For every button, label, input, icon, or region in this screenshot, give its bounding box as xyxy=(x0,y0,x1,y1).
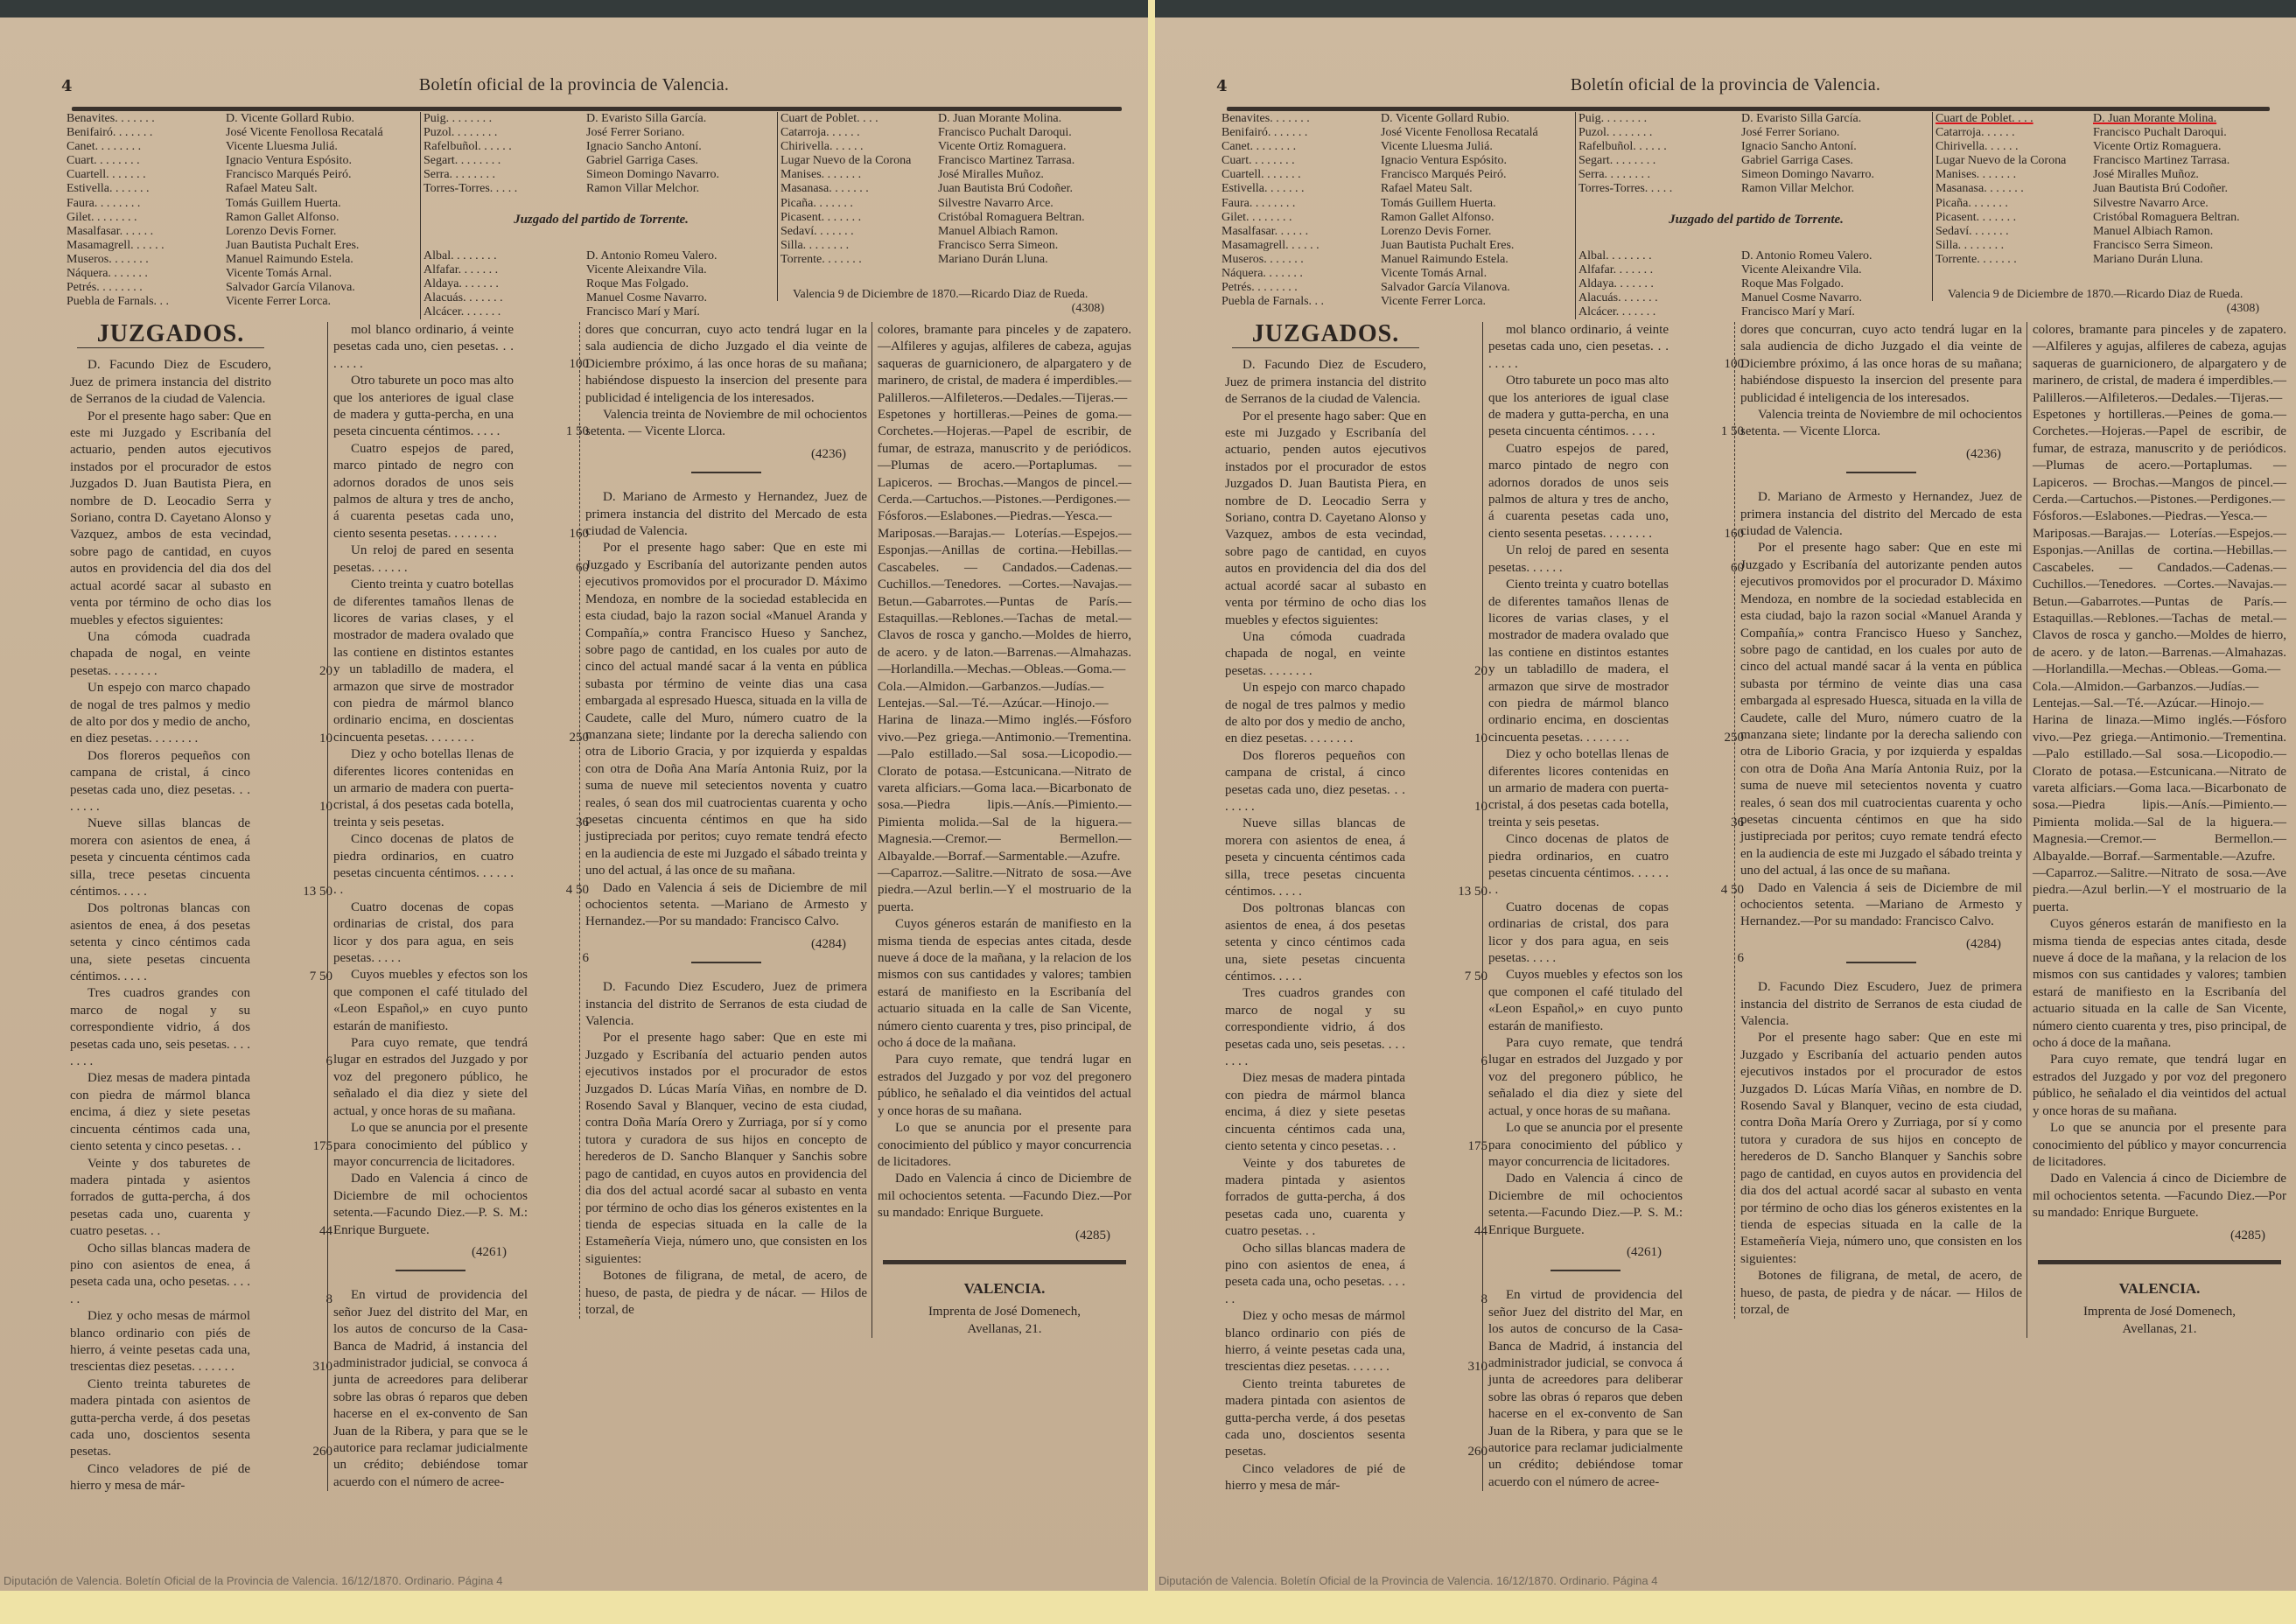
item-description: Ocho sillas blancas madera de pino con a… xyxy=(1225,1241,1405,1309)
item-description: Un reloj de pared en sesenta pesetas. . … xyxy=(333,542,514,577)
item-description: Ciento treinta y cuatro botellas de dife… xyxy=(1488,577,1669,746)
item-price: 10 xyxy=(280,799,332,815)
directory-place: Torrente. . . . . . . xyxy=(780,253,938,267)
item-price: 175 xyxy=(1435,1138,1487,1155)
directory-column-3: Cuart de Poblet. . . .D. Juan Morante Mo… xyxy=(1932,112,2268,301)
directory-name: Silvestre Navarro Arce. xyxy=(938,197,1113,211)
directory-place: Torrente. . . . . . . xyxy=(1935,253,2093,267)
directory-row: Torrente. . . . . . .Mariano Durán Lluna… xyxy=(1935,253,2268,267)
directory-row: Albal. . . . . . . .D. Antonio Romeu Val… xyxy=(1578,249,1934,263)
notice-body: Por el presente hago saber: Que en este … xyxy=(70,409,271,629)
item-description: Un espejo con marco chapado de nogal de … xyxy=(70,680,250,748)
directory-name: Simeon Domingo Navarro. xyxy=(1741,168,1934,182)
directory-name: Manuel Raimundo Estela. xyxy=(1381,253,1573,267)
inventory-item: Cuatro espejos de pared, marco pintado d… xyxy=(333,441,528,542)
directory-row: Chirivella. . . . . .Vicente Ortiz Romag… xyxy=(780,140,1113,154)
notice-paragraph: Para cuyo remate, que tendrá lugar en es… xyxy=(333,1035,528,1120)
directory-name: Francisco Puchalt Daroqui. xyxy=(938,126,1113,140)
notice-paragraph: Dado en Valencia á cinco de Diciembre de… xyxy=(878,1171,1131,1221)
directory-row: Cuart. . . . . . . .Ignacio Ventura Espó… xyxy=(66,154,418,168)
item-price: 10 xyxy=(1435,731,1487,747)
article-column-3: dores que concurran, cuyo acto tendrá lu… xyxy=(1734,322,2022,1319)
directory-place: Canet. . . . . . . . xyxy=(66,140,226,154)
notice-paragraph: Cuyos muebles y efectos son los que comp… xyxy=(1488,967,1683,1035)
item-description: Diez y ocho mesas de mármol blanco ordin… xyxy=(70,1308,250,1376)
directory-row: Masamagrell. . . . . .Juan Bautista Puch… xyxy=(66,239,418,253)
directory-row: Lugar Nuevo de la CoronaFrancisco Martin… xyxy=(780,154,1113,168)
directory-name: José Miralles Muñoz. xyxy=(2093,168,2268,182)
item-price: 6 xyxy=(1435,1053,1487,1070)
item-price: 6 xyxy=(280,1053,332,1070)
directory-column-1: Benavites. . . . . . .D. Vicente Gollard… xyxy=(1221,112,1573,309)
item-description: Cuatro espejos de pared, marco pintado d… xyxy=(1488,441,1669,542)
directory-place: Serra. . . . . . . . xyxy=(1578,168,1741,182)
directory-name: Francisco Marqués Peiró. xyxy=(1381,168,1573,182)
divider xyxy=(1846,962,1916,963)
directory-place: Faura. . . . . . . . xyxy=(1221,197,1381,211)
directory-place: Catarroja. . . . . . xyxy=(780,126,938,140)
item-price: 10 xyxy=(280,731,332,747)
directory-name: José Miralles Muñoz. xyxy=(938,168,1113,182)
item-description: Ocho sillas blancas madera de pino con a… xyxy=(70,1241,250,1309)
directory-row: Manises. . . . . . .José Miralles Muñoz. xyxy=(780,168,1113,182)
goods-list: Botones de filigrana, de metal, de acero… xyxy=(1740,1268,2022,1319)
directory-place: Picasent. . . . . . . xyxy=(1935,211,2093,225)
directory-row: Serra. . . . . . . .Simeon Domingo Navar… xyxy=(1578,168,1934,182)
directory-row: Chirivella. . . . . .Vicente Ortiz Romag… xyxy=(1935,140,2268,154)
notice-signature: Valencia treinta de Noviembre de mil och… xyxy=(1740,407,2022,441)
header-rule xyxy=(1227,107,2270,111)
directory-name: Tomás Guillem Huerta. xyxy=(226,197,418,211)
directory-row: Puzol. . . . . . . .José Ferrer Soriano. xyxy=(423,126,779,140)
subheading-torrente: Juzgado del partido de Torrente. xyxy=(423,197,779,249)
directory-name: Ignacio Sancho Antoní. xyxy=(1741,140,1934,154)
page-view-right: Diputación de Valencia. Boletín Oficial … xyxy=(1155,0,2296,1624)
notice-continuation: dores que concurran, cuyo acto tendrá lu… xyxy=(585,322,867,407)
directory-place: Náquera. . . . . . . xyxy=(1221,267,1381,281)
directory-place: Benavites. . . . . . . xyxy=(1221,112,1381,126)
directory-name: Juan Bautista Brú Codoñer. xyxy=(938,182,1113,196)
inventory-item: Dos floreros pequeños con campana de cri… xyxy=(70,748,271,816)
directory-name: Manuel Cosme Navarro. xyxy=(586,291,779,305)
notice-paragraph: Lo que se anuncia por el presente para c… xyxy=(2033,1120,2286,1171)
directory-place: Petrés. . . . . . . . xyxy=(66,281,226,295)
inventory-item: Cinco docenas de platos de piedra ordina… xyxy=(333,831,528,899)
directory-place: Lugar Nuevo de la Corona xyxy=(780,154,938,168)
item-price: 20 xyxy=(1435,663,1487,680)
notice-paragraph: Lo que se anuncia por el presente para c… xyxy=(878,1120,1131,1171)
notice-body: Por el presente hago saber: Que en este … xyxy=(1740,1030,2022,1268)
directory-row: Lugar Nuevo de la CoronaFrancisco Martin… xyxy=(1935,154,2268,168)
directory-place: Rafelbuñol. . . . . . xyxy=(1578,140,1741,154)
notice-intro: D. Facundo Diez de Escudero, Juez de pri… xyxy=(70,357,271,408)
directory-name: D. Vicente Gollard Rubio. xyxy=(226,112,418,126)
directory-name: Ramon Gallet Alfonso. xyxy=(226,211,418,225)
printer-imprint: VALENCIA.Imprenta de José Domenech,Avell… xyxy=(878,1280,1131,1338)
directory-row: Faura. . . . . . . .Tomás Guillem Huerta… xyxy=(66,197,418,211)
notice-paragraph: Dado en Valencia á cinco de Diciembre de… xyxy=(333,1171,528,1239)
directory-row: Picaña. . . . . . .Silvestre Navarro Arc… xyxy=(780,197,1113,211)
viewer-footer xyxy=(0,1591,1148,1624)
item-description: Un espejo con marco chapado de nogal de … xyxy=(1225,680,1405,748)
item-price: 8 xyxy=(280,1291,332,1308)
directory-row: Puebla de Farnals. . .Vicente Ferrer Lor… xyxy=(66,295,418,309)
item-description: Tres cuadros grandes con marco de nogal … xyxy=(70,985,250,1070)
directory-row: Rafelbuñol. . . . . .Ignacio Sancho Anto… xyxy=(1578,140,1934,154)
directory-row: Torres-Torres. . . . .Ramon Villar Melch… xyxy=(423,182,779,196)
directory-place: Torres-Torres. . . . . xyxy=(423,182,586,196)
directory-name: Vicente Tomás Arnal. xyxy=(226,267,418,281)
directory-place: Sedaví. . . . . . . xyxy=(780,225,938,239)
directory-name: Vicente Tomás Arnal. xyxy=(1381,267,1573,281)
directory-row: Benifairó. . . . . . .José Vicente Fenol… xyxy=(1221,126,1573,140)
inventory-item: Dos poltronas blancas con asientos de en… xyxy=(70,900,271,985)
notice-body: Por el presente hago saber: Que en este … xyxy=(585,540,867,879)
inventory-item: Diez y ocho mesas de mármol blanco ordin… xyxy=(70,1308,271,1376)
directory-place: Alcácer. . . . . . . xyxy=(423,305,586,319)
directory-place: Serra. . . . . . . . xyxy=(423,168,586,182)
item-description: Dos floreros pequeños con campana de cri… xyxy=(1225,748,1405,816)
section-heading: JUZGADOS. xyxy=(1225,325,1426,342)
notice-paragraph: Para cuyo remate, que tendrá lugar en es… xyxy=(1488,1035,1683,1120)
directory-name: Francisco Puchalt Daroqui. xyxy=(2093,126,2268,140)
directory-place: Náquera. . . . . . . xyxy=(66,267,226,281)
directory-place: Cuartell. . . . . . . xyxy=(1221,168,1381,182)
directory-name: Tomás Guillem Huerta. xyxy=(1381,197,1573,211)
item-description: Un reloj de pared en sesenta pesetas. . … xyxy=(1488,542,1669,577)
subheading-torrente: Juzgado del partido de Torrente. xyxy=(1578,197,1934,249)
notice-paragraph: Cuyos muebles y efectos son los que comp… xyxy=(333,967,528,1035)
directory-row: Benavites. . . . . . .D. Vicente Gollard… xyxy=(66,112,418,126)
directory-row: Masanasa. . . . . . .Juan Bautista Brú C… xyxy=(1935,182,2268,196)
imprint-address: Avellanas, 21. xyxy=(2033,1321,2286,1338)
goods-list: colores, bramante para pinceles y de zap… xyxy=(878,322,1131,916)
item-price: 310 xyxy=(1435,1359,1487,1375)
directory-row: Alfafar. . . . . . .Vicente Aleixandre V… xyxy=(1578,263,1934,277)
directory-place: Puzol. . . . . . . . xyxy=(1578,126,1741,140)
inventory-item: Ciento treinta taburetes de madera pinta… xyxy=(70,1376,271,1461)
directory-row: Rafelbuñol. . . . . .Ignacio Sancho Anto… xyxy=(423,140,779,154)
directory-place: Lugar Nuevo de la Corona xyxy=(1935,154,2093,168)
scanner-background-top xyxy=(0,0,1148,19)
directory-place: Silla. . . . . . . . xyxy=(1935,239,2093,253)
item-price: 260 xyxy=(1435,1444,1487,1460)
reference-number: (4261) xyxy=(1488,1244,1683,1261)
imprint-city: VALENCIA. xyxy=(2033,1280,2286,1297)
directory-row: Masamagrell. . . . . .Juan Bautista Puch… xyxy=(1221,239,1573,253)
directory-name: D. Evaristo Silla García. xyxy=(586,112,779,126)
goods-list: colores, bramante para pinceles y de zap… xyxy=(2033,322,2286,916)
footer-rule xyxy=(2038,1260,2281,1264)
directory-row: Museros. . . . . . .Manuel Raimundo Este… xyxy=(66,253,418,267)
reference-number: (4285) xyxy=(878,1228,1131,1244)
directory-place: Catarroja. . . . . . xyxy=(1935,126,2093,140)
inventory-item: Ocho sillas blancas madera de pino con a… xyxy=(1225,1241,1426,1309)
directory-row: Alfafar. . . . . . .Vicente Aleixandre V… xyxy=(423,263,779,277)
directory-place: Cuartell. . . . . . . xyxy=(66,168,226,182)
directory-row: Cuart de Poblet. . . .D. Juan Morante Mo… xyxy=(780,112,1113,126)
directory-name: Francisco Marí y Marí. xyxy=(1741,305,1934,319)
article-column-4: colores, bramante para pinceles y de zap… xyxy=(2026,322,2286,1338)
article-column-4: colores, bramante para pinceles y de zap… xyxy=(871,322,1131,1338)
footer-rule xyxy=(883,1260,1126,1264)
directory-place: Masanasa. . . . . . . xyxy=(780,182,938,196)
directory-row: Náquera. . . . . . .Vicente Tomás Arnal. xyxy=(1221,267,1573,281)
directory-name: Ramon Villar Melchor. xyxy=(586,182,779,196)
directory-row: Alcácer. . . . . . .Francisco Marí y Mar… xyxy=(1578,305,1934,319)
directory-place: Faura. . . . . . . . xyxy=(66,197,226,211)
directory-name: D. Juan Morante Molina. xyxy=(2093,112,2268,126)
imprint-printer: Imprenta de José Domenech, xyxy=(878,1304,1131,1320)
directory-place: Picaña. . . . . . . xyxy=(780,197,938,211)
directory-row: Silla. . . . . . . .Francisco Serra Sime… xyxy=(780,239,1113,253)
item-description: Veinte y dos taburetes de madera pintada… xyxy=(70,1156,250,1241)
item-price: 7 50 xyxy=(1435,969,1487,985)
inventory-item: Un espejo con marco chapado de nogal de … xyxy=(70,680,271,748)
directory-name: Vicente Ortiz Romaguera. xyxy=(938,140,1113,154)
item-description: Cinco veladores de pié de hierro y mesa … xyxy=(1225,1461,1405,1495)
directory-place: Cuart de Poblet. . . . xyxy=(780,112,938,126)
directory-place: Masamagrell. . . . . . xyxy=(1221,239,1381,253)
item-description: Veinte y dos taburetes de madera pintada… xyxy=(1225,1156,1405,1241)
directory-row: Faura. . . . . . . .Tomás Guillem Huerta… xyxy=(1221,197,1573,211)
directory-place: Chirivella. . . . . . xyxy=(1935,140,2093,154)
inventory-item: Diez y ocho mesas de mármol blanco ordin… xyxy=(1225,1308,1426,1376)
directory-place: Segart. . . . . . . . xyxy=(1578,154,1741,168)
directory-row: Masanasa. . . . . . .Juan Bautista Brú C… xyxy=(780,182,1113,196)
directory-name: Cristóbal Romaguera Beltran. xyxy=(938,211,1113,225)
directory-row: Estivella. . . . . . .Rafael Mateu Salt. xyxy=(1221,182,1573,196)
directory-name: Vicente Ferrer Lorca. xyxy=(1381,295,1573,309)
item-description: Diez y ocho mesas de mármol blanco ordin… xyxy=(1225,1308,1405,1376)
item-description: Dos floreros pequeños con campana de cri… xyxy=(70,748,250,816)
directory-place: Albal. . . . . . . . xyxy=(423,249,586,263)
notice-continuation: dores que concurran, cuyo acto tendrá lu… xyxy=(1740,322,2022,407)
directory-name: D. Juan Morante Molina. xyxy=(938,112,1113,126)
divider xyxy=(1232,347,1419,348)
directory-place: Alfafar. . . . . . . xyxy=(1578,263,1741,277)
item-description: Diez y ocho botellas llenas de diferente… xyxy=(333,746,514,831)
inventory-item: Diez y ocho botellas llenas de diferente… xyxy=(333,746,528,831)
directory-name: Ignacio Ventura Espósito. xyxy=(226,154,418,168)
directory-signoff: Valencia 9 de Diciembre de 1870.—Ricardo… xyxy=(780,267,1113,302)
item-price: 13 50 xyxy=(1435,884,1487,900)
inventory-item: Tres cuadros grandes con marco de nogal … xyxy=(70,985,271,1070)
directory-row: Cuartell. . . . . . .Francisco Marqués P… xyxy=(66,168,418,182)
inventory-item: Una cómoda cuadrada chapada de nogal, en… xyxy=(70,629,271,680)
inventory-item: Ciento treinta y cuatro botellas de dife… xyxy=(333,577,528,746)
item-description: Tres cuadros grandes con marco de nogal … xyxy=(1225,985,1405,1070)
directory-name: Ramon Gallet Alfonso. xyxy=(1381,211,1573,225)
directory-name: Mariano Durán Lluna. xyxy=(2093,253,2268,267)
reference-number: (4285) xyxy=(2033,1228,2286,1244)
directory-place: Museros. . . . . . . xyxy=(66,253,226,267)
directory-name: Simeon Domingo Navarro. xyxy=(586,168,779,182)
directory-place: Aldaya. . . . . . . xyxy=(1578,277,1741,291)
item-price: 10 xyxy=(1435,799,1487,815)
directory-name: José Vicente Fenollosa Recatalá xyxy=(226,126,418,140)
directory-name: D. Antonio Romeu Valero. xyxy=(586,249,779,263)
reference-number: (4284) xyxy=(1740,936,2022,953)
inventory-item: Nueve sillas blancas de morera con asien… xyxy=(70,815,271,900)
directory-name: Juan Bautista Puchalt Eres. xyxy=(226,239,418,253)
directory-row: Puig. . . . . . . .D. Evaristo Silla Gar… xyxy=(1578,112,1934,126)
item-description: Nueve sillas blancas de morera con asien… xyxy=(70,815,250,900)
item-description: Ciento treinta taburetes de madera pinta… xyxy=(70,1376,250,1461)
reference-number: (4308) xyxy=(1935,302,2268,316)
directory-name: Vicente Aleixandre Vila. xyxy=(1741,263,1934,277)
item-description: Dos poltronas blancas con asientos de en… xyxy=(1225,900,1405,985)
directory-name: José Ferrer Soriano. xyxy=(1741,126,1934,140)
notice-paragraph: Lo que se anuncia por el presente para c… xyxy=(1488,1120,1683,1171)
item-description: Cinco docenas de platos de piedra ordina… xyxy=(1488,831,1669,899)
directory-row: Alcácer. . . . . . .Francisco Marí y Mar… xyxy=(423,305,779,319)
item-price: 44 xyxy=(280,1223,332,1240)
directory-place: Puig. . . . . . . . xyxy=(1578,112,1741,126)
directory-name: Vicente Lluesma Juliá. xyxy=(1381,140,1573,154)
inventory-item: Cuatro docenas de copas ordinarias de cr… xyxy=(1488,899,1683,968)
directory-row: Puig. . . . . . . .D. Evaristo Silla Gar… xyxy=(423,112,779,126)
directory-row: Gilet. . . . . . . .Ramon Gallet Alfonso… xyxy=(66,211,418,225)
directory-row: Aldaya. . . . . . .Roque Mas Folgado. xyxy=(423,277,779,291)
directory-place: Gilet. . . . . . . . xyxy=(1221,211,1381,225)
directory-name: Ignacio Ventura Espósito. xyxy=(1381,154,1573,168)
notice-intro: D. Facundo Diez de Escudero, Juez de pri… xyxy=(1225,357,1426,408)
notice-intro: D. Mariano de Armesto y Hernandez, Juez … xyxy=(585,489,867,540)
directory-place: Gilet. . . . . . . . xyxy=(66,211,226,225)
divider xyxy=(691,472,761,473)
inventory-item: Ciento treinta y cuatro botellas de dife… xyxy=(1488,577,1683,746)
directory-row: Manises. . . . . . .José Miralles Muñoz. xyxy=(1935,168,2268,182)
directory-place: Masalfasar. . . . . . xyxy=(66,225,226,239)
item-price: 8 xyxy=(1435,1291,1487,1308)
inventory-item: Un espejo con marco chapado de nogal de … xyxy=(1225,680,1426,748)
notice-body: En virtud de providencia del señor Juez … xyxy=(333,1287,528,1491)
item-description: Cuatro espejos de pared, marco pintado d… xyxy=(333,441,514,542)
directory-place: Petrés. . . . . . . . xyxy=(1221,281,1381,295)
imprint-city: VALENCIA. xyxy=(878,1280,1131,1297)
item-description: Cuatro docenas de copas ordinarias de cr… xyxy=(333,899,514,968)
directory-column-1: Benavites. . . . . . .D. Vicente Gollard… xyxy=(66,112,418,309)
viewer-footer xyxy=(1155,1591,2296,1624)
item-description: Una cómoda cuadrada chapada de nogal, en… xyxy=(1225,629,1405,680)
directory-place: Canet. . . . . . . . xyxy=(1221,140,1381,154)
directory-signoff: Valencia 9 de Diciembre de 1870.—Ricardo… xyxy=(1935,267,2268,302)
directory-name: Vicente Aleixandre Vila. xyxy=(586,263,779,277)
directory-place: Cuart. . . . . . . . xyxy=(66,154,226,168)
directory-place: Alacuás. . . . . . . xyxy=(1578,291,1741,305)
directory-place: Masalfasar. . . . . . xyxy=(1221,225,1381,239)
directory-column-2: Puig. . . . . . . .D. Evaristo Silla Gar… xyxy=(420,112,779,319)
reference-number: (4261) xyxy=(333,1244,528,1261)
notice-body: Por el presente hago saber: Que en este … xyxy=(585,1030,867,1268)
item-price: 260 xyxy=(280,1444,332,1460)
directory-name: D. Antonio Romeu Valero. xyxy=(1741,249,1934,263)
item-description: Nueve sillas blancas de morera con asien… xyxy=(1225,815,1405,900)
directory-row: Petrés. . . . . . . .Salvador García Vil… xyxy=(1221,281,1573,295)
inventory-item: Dos floreros pequeños con campana de cri… xyxy=(1225,748,1426,816)
directory-place: Albal. . . . . . . . xyxy=(1578,249,1741,263)
directory-row: Cuart de Poblet. . . .D. Juan Morante Mo… xyxy=(1935,112,2268,126)
item-description: Cuatro docenas de copas ordinarias de cr… xyxy=(1488,899,1669,968)
directory-name: Francisco Martinez Tarrasa. xyxy=(938,154,1113,168)
item-description: Ciento treinta taburetes de madera pinta… xyxy=(1225,1376,1405,1461)
directory-name: Manuel Cosme Navarro. xyxy=(1741,291,1934,305)
article-column-2: mol blanco ordinario, á veinte pesetas c… xyxy=(327,322,528,1491)
directory-row: Canet. . . . . . . .Vicente Lluesma Juli… xyxy=(66,140,418,154)
directory-place: Masanasa. . . . . . . xyxy=(1935,182,2093,196)
notice-paragraph: Para cuyo remate, que tendrá lugar en es… xyxy=(2033,1052,2286,1120)
divider xyxy=(395,1270,465,1271)
notice-paragraph: Dado en Valencia á cinco de Diciembre de… xyxy=(2033,1171,2286,1221)
directory-row: Masalfasar. . . . . .Lorenzo Devis Forne… xyxy=(1221,225,1573,239)
article-column-1: JUZGADOS.D. Facundo Diez de Escudero, Ju… xyxy=(70,322,271,1495)
directory-row: Alacuás. . . . . . .Manuel Cosme Navarro… xyxy=(1578,291,1934,305)
directory-name: Rafael Mateu Salt. xyxy=(226,182,418,196)
notice-paragraph: Para cuyo remate, que tendrá lugar en es… xyxy=(878,1052,1131,1120)
directory-name: Gabriel Garriga Cases. xyxy=(586,154,779,168)
directory-name: Ignacio Sancho Antoní. xyxy=(586,140,779,154)
directory-row: Museros. . . . . . .Manuel Raimundo Este… xyxy=(1221,253,1573,267)
page-title: Boletín oficial de la provincia de Valen… xyxy=(0,75,1148,95)
notice-paragraph: Cuyos géneros estarán de manifiesto en l… xyxy=(2033,916,2286,1052)
inventory-item: Ocho sillas blancas madera de pino con a… xyxy=(70,1241,271,1309)
directory-row: Cuart. . . . . . . .Ignacio Ventura Espó… xyxy=(1221,154,1573,168)
directory-name: Juan Bautista Brú Codoñer. xyxy=(2093,182,2268,196)
item-description: Cinco veladores de pié de hierro y mesa … xyxy=(70,1461,250,1495)
inventory-item: Dos poltronas blancas con asientos de en… xyxy=(1225,900,1426,985)
item-description: mol blanco ordinario, á veinte pesetas c… xyxy=(1488,322,1669,373)
directory-row: Puebla de Farnals. . .Vicente Ferrer Lor… xyxy=(1221,295,1573,309)
goods-list: Botones de filigrana, de metal, de acero… xyxy=(585,1268,867,1319)
directory-name: Lorenzo Devis Forner. xyxy=(1381,225,1573,239)
source-caption: Diputación de Valencia. Boletín Oficial … xyxy=(3,1574,502,1587)
directory-row: Sedaví. . . . . . .Manuel Albiach Ramon. xyxy=(1935,225,2268,239)
directory-name: Francisco Serra Simeon. xyxy=(2093,239,2268,253)
directory-name: Silvestre Navarro Arce. xyxy=(2093,197,2268,211)
directory-row: Torres-Torres. . . . .Ramon Villar Melch… xyxy=(1578,182,1934,196)
directory-place: Alcácer. . . . . . . xyxy=(1578,305,1741,319)
directory-place: Picasent. . . . . . . xyxy=(780,211,938,225)
notice-body: Por el presente hago saber: Que en este … xyxy=(1225,409,1426,629)
item-price: 310 xyxy=(280,1359,332,1375)
reference-number: (4284) xyxy=(585,936,867,953)
article-column-2: mol blanco ordinario, á veinte pesetas c… xyxy=(1482,322,1683,1491)
directory-row: Masalfasar. . . . . .Lorenzo Devis Forne… xyxy=(66,225,418,239)
notice-intro: D. Facundo Diez Escudero, Juez de primer… xyxy=(585,979,867,1030)
directory-name: Manuel Albiach Ramon. xyxy=(2093,225,2268,239)
directory-place: Estivella. . . . . . . xyxy=(66,182,226,196)
item-price: 44 xyxy=(1435,1223,1487,1240)
article-column-3: dores que concurran, cuyo acto tendrá lu… xyxy=(579,322,867,1319)
item-description: Otro taburete un poco mas alto que los a… xyxy=(333,373,514,441)
directory-place: Puebla de Farnals. . . xyxy=(1221,295,1381,309)
directory-row: Alacuás. . . . . . .Manuel Cosme Navarro… xyxy=(423,291,779,305)
directory-name: Francisco Marí y Marí. xyxy=(586,305,779,319)
directory-row: Sedaví. . . . . . .Manuel Albiach Ramon. xyxy=(780,225,1113,239)
item-description: Dos poltronas blancas con asientos de en… xyxy=(70,900,250,985)
notice-signature: Valencia treinta de Noviembre de mil och… xyxy=(585,407,867,441)
directory-name: Francisco Serra Simeon. xyxy=(938,239,1113,253)
inventory-item: Otro taburete un poco mas alto que los a… xyxy=(1488,373,1683,441)
notice-intro: D. Mariano de Armesto y Hernandez, Juez … xyxy=(1740,489,2022,540)
notice-paragraph: Dado en Valencia á cinco de Diciembre de… xyxy=(1488,1171,1683,1239)
item-description: Una cómoda cuadrada chapada de nogal, en… xyxy=(70,629,250,680)
directory-row: Cuartell. . . . . . .Francisco Marqués P… xyxy=(1221,168,1573,182)
directory-row: Benifairó. . . . . . .José Vicente Fenol… xyxy=(66,126,418,140)
directory-place: Manises. . . . . . . xyxy=(1935,168,2093,182)
header-rule xyxy=(72,107,1122,111)
